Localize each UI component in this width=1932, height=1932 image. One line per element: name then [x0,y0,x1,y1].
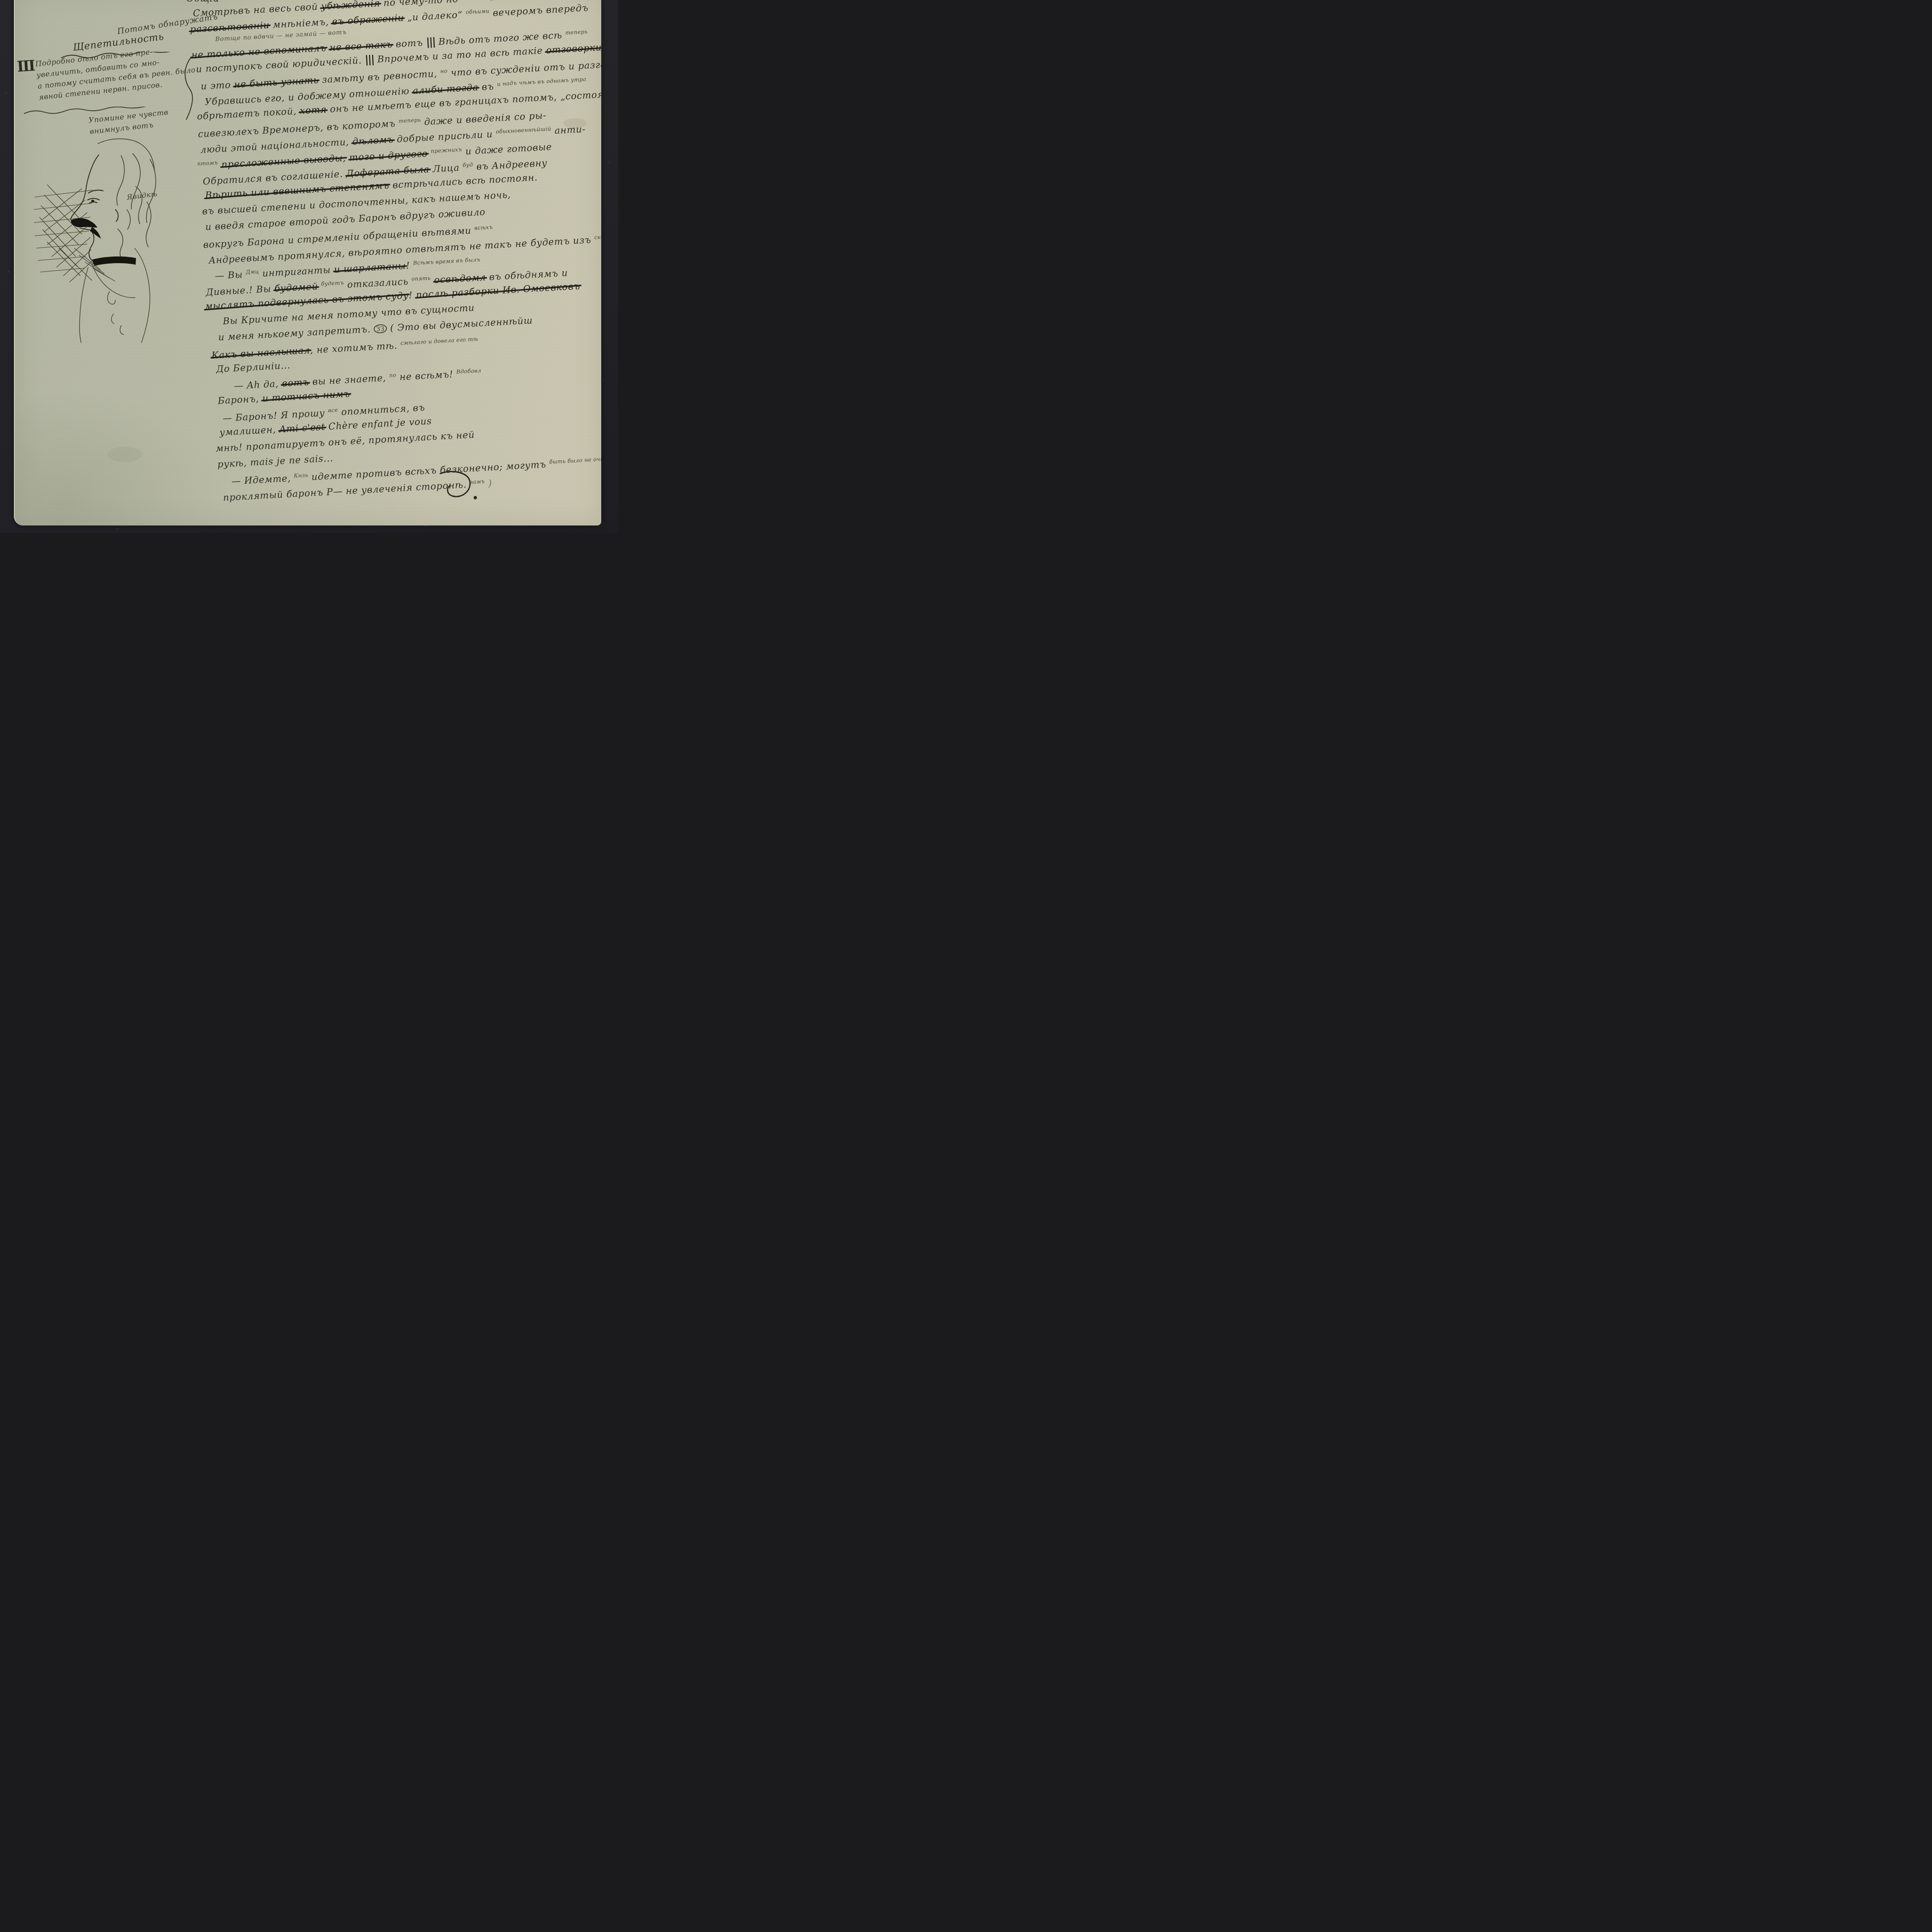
handwritten-text: и это [201,79,235,92]
background-fiber [607,162,609,163]
inserted-text: опять [412,275,431,282]
background-fiber [8,270,9,273]
handwritten-text: „и далеко“ [404,9,466,23]
inserted-text: обѣими [466,8,490,15]
beard-hatching [74,248,115,281]
profile-portrait-sketch [34,132,168,345]
manuscript-sheet: Общій Потомъ обнаружатъ Щепетильность II… [14,0,601,526]
inserted-text: Кнзь [294,472,308,479]
inserted-text: птомъ [197,160,218,167]
inserted-text: будетъ [321,280,344,287]
face-profile-line [71,155,118,260]
scanned-manuscript-page: Общій Потомъ обнаружатъ Щепетильность II… [0,0,618,533]
background-fiber [5,93,7,94]
inserted-text: теперь [398,117,421,124]
paper-stain [107,447,142,462]
handwritten-text: — Ah да, [234,378,282,391]
handwritten-text: въ [478,81,497,93]
tally-mark: ||| [426,36,435,48]
inserted-text: смѣлаго и довела его тѣ [400,336,478,347]
struck-text: будемей [274,281,318,294]
handwritten-text: До Берлиніи... [216,360,291,374]
handwritten-text: ) [485,478,492,489]
handwritten-text: Лица [429,162,463,175]
inserted-text: буд [463,162,473,168]
background-fiber [425,526,427,526]
inserted-text: сколько [594,233,601,241]
margin-section-mark: III [16,57,34,75]
eye [91,200,94,202]
background-fiber [116,529,119,529]
tally-mark: ||| [365,53,374,66]
inserted-text: и надъ чѣмъ въ одномъ утра [497,77,587,87]
handwritten-text: умалишен, [219,424,279,438]
circled-mark: ЗЗ [374,324,387,333]
struck-text: хотя [299,104,327,116]
mustache-droop [90,227,101,239]
inserted-text: все [328,407,338,414]
inserted-text: теперь [565,29,588,36]
struck-text: дѣломъ [352,134,394,147]
inserted-text: по [389,372,396,379]
manuscript-lines: Смотрѣвъ на весь свой убѣжденія по чему-… [189,0,601,504]
hair-strokes [98,139,156,262]
struck-text: отговорки [546,42,601,56]
horizontal-hatching [34,190,93,272]
struck-text: и тотчасъ нимъ [262,388,350,404]
collar-ink-bar [92,257,136,266]
handwritten-text: обрѣтаетъ покой, [197,105,300,122]
handwritten-text: не всѣмъ! [396,369,457,383]
inserted-text: Дмц [246,269,259,276]
handwritten-text: анти- [551,124,586,136]
inserted-text: Вдобавл [456,367,481,375]
handwritten-text: Баронъ, [218,393,263,406]
handwritten-text: ! [408,289,416,301]
closing-flourish [434,469,485,508]
handwritten-text: ! [406,260,413,271]
inserted-text: всѣхъ [474,224,493,231]
handwritten-text: вотъ [392,37,427,50]
inserted-text: быть было не очнул [549,456,601,466]
cross-hatching [39,185,93,282]
handwritten-text: — Вы [214,269,246,281]
mustache [71,218,97,228]
inserted-text: прежнихъ [430,146,462,154]
background-fiber [603,379,604,381]
inserted-text: Всѣмъ время въ былъ [413,257,481,266]
struck-text: вотъ [282,377,310,389]
inserted-text: обыкновеннѣйшій [496,126,551,135]
margin-paragraph: Подробно дѣло отъ его пре-увеличить, отб… [35,42,197,103]
struck-text: освѣдомл [434,272,486,285]
struck-text: Ami c'est [279,422,325,435]
inserted-text: но [440,68,447,75]
